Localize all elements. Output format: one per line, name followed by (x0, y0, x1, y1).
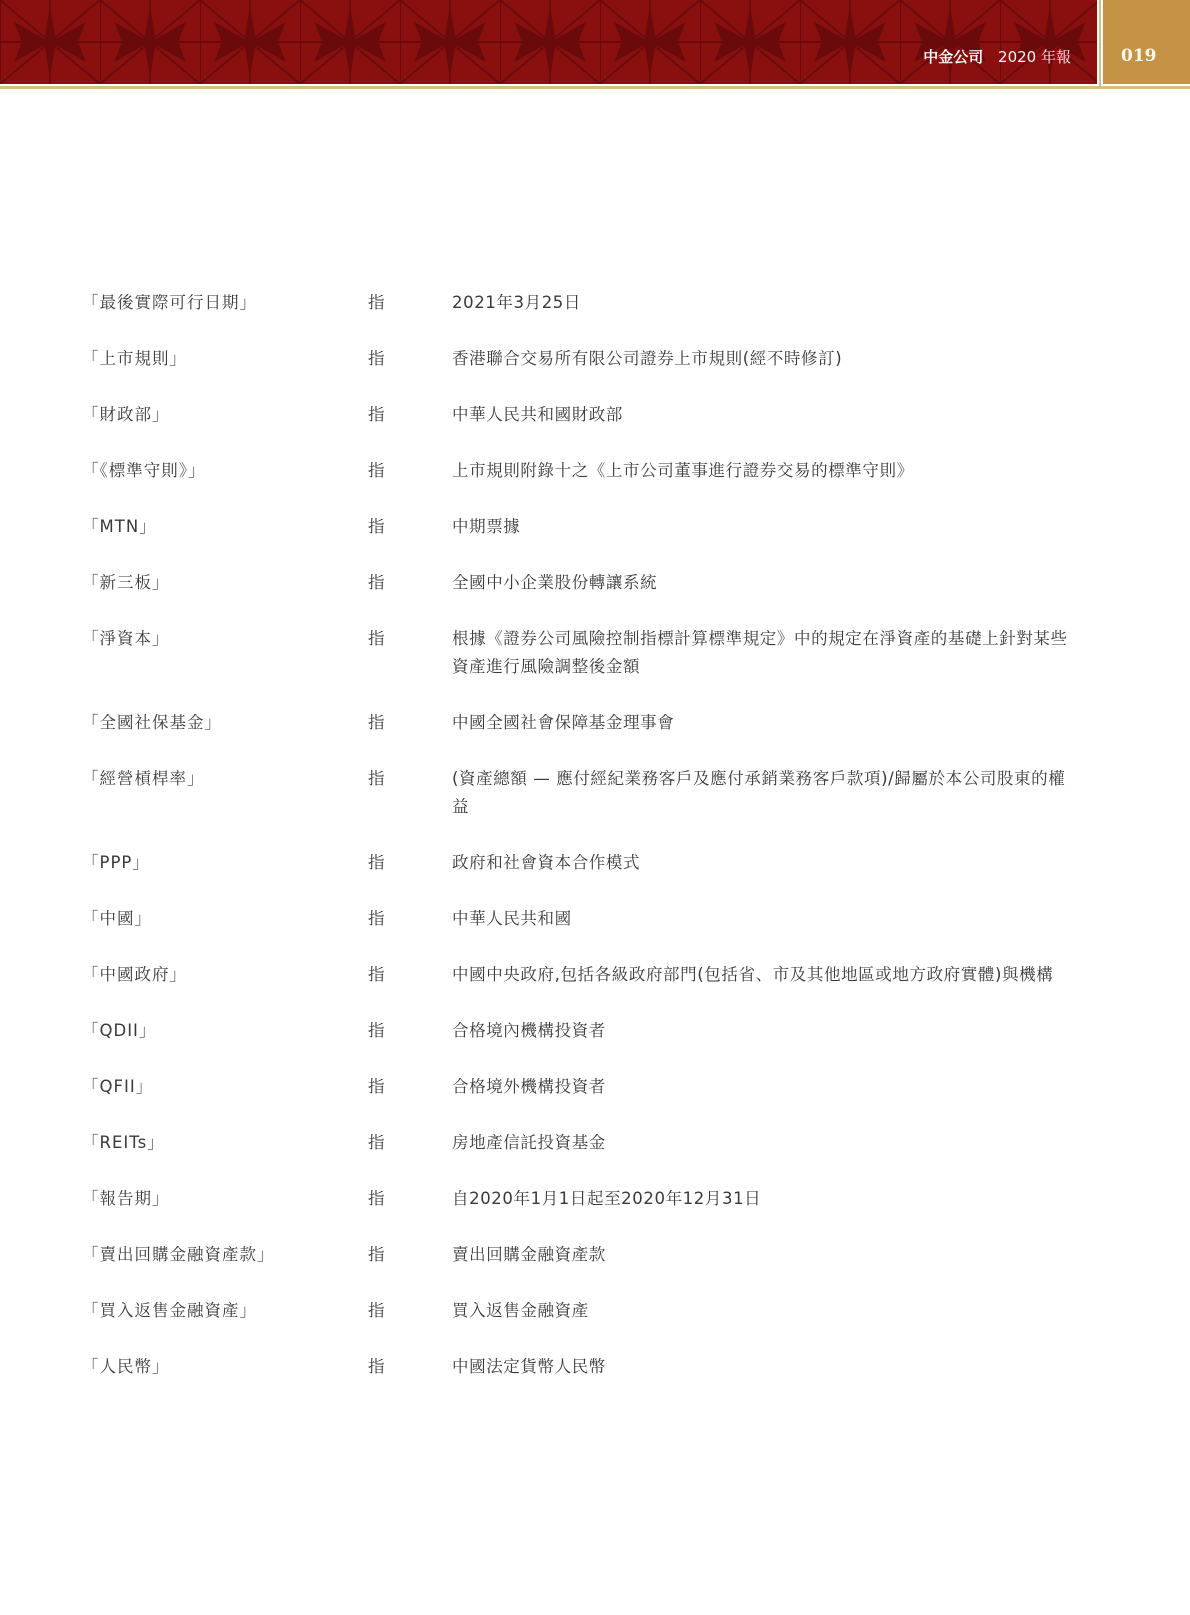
means-label: 指 (368, 457, 452, 485)
definition-row: 「REITs」 指 房地產信託投資基金 (82, 1129, 1092, 1157)
definition-text: (資產總額 — 應付經紀業務客戶及應付承銷業務客戶款項)/歸屬於本公司股東的權益 (452, 765, 1082, 821)
means-label: 指 (368, 1185, 452, 1213)
definition-text: 合格境內機構投資者 (452, 1017, 1082, 1045)
definition-row: 「報告期」 指 自2020年1月1日起至2020年12月31日 (82, 1185, 1092, 1213)
means-label: 指 (368, 345, 452, 373)
definition-row: 「QDII」 指 合格境內機構投資者 (82, 1017, 1092, 1045)
definition-row: 「最後實際可行日期」 指 2021年3月25日 (82, 289, 1092, 317)
means-label: 指 (368, 513, 452, 541)
star-pattern-icon (0, 0, 1097, 84)
definition-row: 「PPP」 指 政府和社會資本合作模式 (82, 849, 1092, 877)
means-label: 指 (368, 961, 452, 989)
definition-row: 「人民幣」 指 中國法定貨幣人民幣 (82, 1353, 1092, 1381)
company-name: 中金公司 (923, 48, 983, 66)
term: 「經營槓桿率」 (82, 765, 368, 793)
definition-row: 「《標準守則》」 指 上市規則附錄十之《上市公司董事進行證券交易的標準守則》 (82, 457, 1092, 485)
means-label: 指 (368, 765, 452, 793)
definition-row: 「財政部」 指 中華人民共和國財政部 (82, 401, 1092, 429)
definition-row: 「全國社保基金」 指 中國全國社會保障基金理事會 (82, 709, 1092, 737)
definition-row: 「MTN」 指 中期票據 (82, 513, 1092, 541)
means-label: 指 (368, 849, 452, 877)
decorative-pattern-band: 中金公司 2020 年報 (0, 0, 1097, 84)
term: 「財政部」 (82, 401, 368, 429)
definition-text: 中國法定貨幣人民幣 (452, 1353, 1082, 1381)
term: 「QFII」 (82, 1073, 368, 1101)
page-header: 中金公司 2020 年報 019 (0, 0, 1190, 88)
definition-text: 買入返售金融資產 (452, 1297, 1082, 1325)
term: 「上市規則」 (82, 345, 368, 373)
means-label: 指 (368, 1017, 452, 1045)
definition-text: 全國中小企業股份轉讓系統 (452, 569, 1082, 597)
definition-text: 合格境外機構投資者 (452, 1073, 1082, 1101)
means-label: 指 (368, 905, 452, 933)
term: 「新三板」 (82, 569, 368, 597)
means-label: 指 (368, 1297, 452, 1325)
means-label: 指 (368, 625, 452, 653)
definition-row: 「中國政府」 指 中國中央政府,包括各級政府部門(包括省、市及其他地區或地方政府… (82, 961, 1092, 989)
page-number-box: 019 (1103, 0, 1190, 84)
means-label: 指 (368, 709, 452, 737)
definition-row: 「賣出回購金融資產款」 指 賣出回購金融資產款 (82, 1241, 1092, 1269)
definition-text: 中國中央政府,包括各級政府部門(包括省、市及其他地區或地方政府實體)與機構 (452, 961, 1082, 989)
definition-row: 「QFII」 指 合格境外機構投資者 (82, 1073, 1092, 1101)
term: 「《標準守則》」 (82, 457, 368, 485)
term: 「全國社保基金」 (82, 709, 368, 737)
definition-text: 中期票據 (452, 513, 1082, 541)
definition-text: 賣出回購金融資產款 (452, 1241, 1082, 1269)
definitions-list: 「最後實際可行日期」 指 2021年3月25日 「上市規則」 指 香港聯合交易所… (82, 289, 1092, 1409)
definition-text: 政府和社會資本合作模式 (452, 849, 1082, 877)
definition-row: 「經營槓桿率」 指 (資產總額 — 應付經紀業務客戶及應付承銷業務客戶款項)/歸… (82, 765, 1092, 821)
term: 「賣出回購金融資產款」 (82, 1241, 368, 1269)
page-number: 019 (1121, 46, 1157, 66)
means-label: 指 (368, 569, 452, 597)
definition-row: 「淨資本」 指 根據《證券公司風險控制指標計算標準規定》中的規定在淨資產的基礎上… (82, 625, 1092, 681)
term: 「最後實際可行日期」 (82, 289, 368, 317)
definition-text: 自2020年1月1日起至2020年12月31日 (452, 1185, 1082, 1213)
term: 「淨資本」 (82, 625, 368, 653)
report-name: 2020 年報 (998, 48, 1071, 66)
definition-text: 房地產信託投資基金 (452, 1129, 1082, 1157)
term: 「中國」 (82, 905, 368, 933)
term: 「MTN」 (82, 513, 368, 541)
definition-text: 香港聯合交易所有限公司證券上市規則(經不時修訂) (452, 345, 1082, 373)
means-label: 指 (368, 1073, 452, 1101)
definition-text: 2021年3月25日 (452, 289, 1082, 317)
definition-text: 中國全國社會保障基金理事會 (452, 709, 1082, 737)
term: 「人民幣」 (82, 1353, 368, 1381)
report-title: 中金公司 2020 年報 (923, 46, 1071, 67)
means-label: 指 (368, 1241, 452, 1269)
definition-row: 「中國」 指 中華人民共和國 (82, 905, 1092, 933)
means-label: 指 (368, 1129, 452, 1157)
definition-row: 「新三板」 指 全國中小企業股份轉讓系統 (82, 569, 1092, 597)
definition-text: 中華人民共和國 (452, 905, 1082, 933)
term: 「報告期」 (82, 1185, 368, 1213)
term: 「REITs」 (82, 1129, 368, 1157)
definition-text: 根據《證券公司風險控制指標計算標準規定》中的規定在淨資產的基礎上針對某些資產進行… (452, 625, 1082, 681)
term: 「中國政府」 (82, 961, 368, 989)
definition-row: 「上市規則」 指 香港聯合交易所有限公司證券上市規則(經不時修訂) (82, 345, 1092, 373)
means-label: 指 (368, 401, 452, 429)
means-label: 指 (368, 1353, 452, 1381)
term: 「PPP」 (82, 849, 368, 877)
term: 「買入返售金融資產」 (82, 1297, 368, 1325)
definition-text: 中華人民共和國財政部 (452, 401, 1082, 429)
header-rule (0, 86, 1190, 89)
definition-text: 上市規則附錄十之《上市公司董事進行證券交易的標準守則》 (452, 457, 1082, 485)
definition-row: 「買入返售金融資產」 指 買入返售金融資產 (82, 1297, 1092, 1325)
means-label: 指 (368, 289, 452, 317)
term: 「QDII」 (82, 1017, 368, 1045)
